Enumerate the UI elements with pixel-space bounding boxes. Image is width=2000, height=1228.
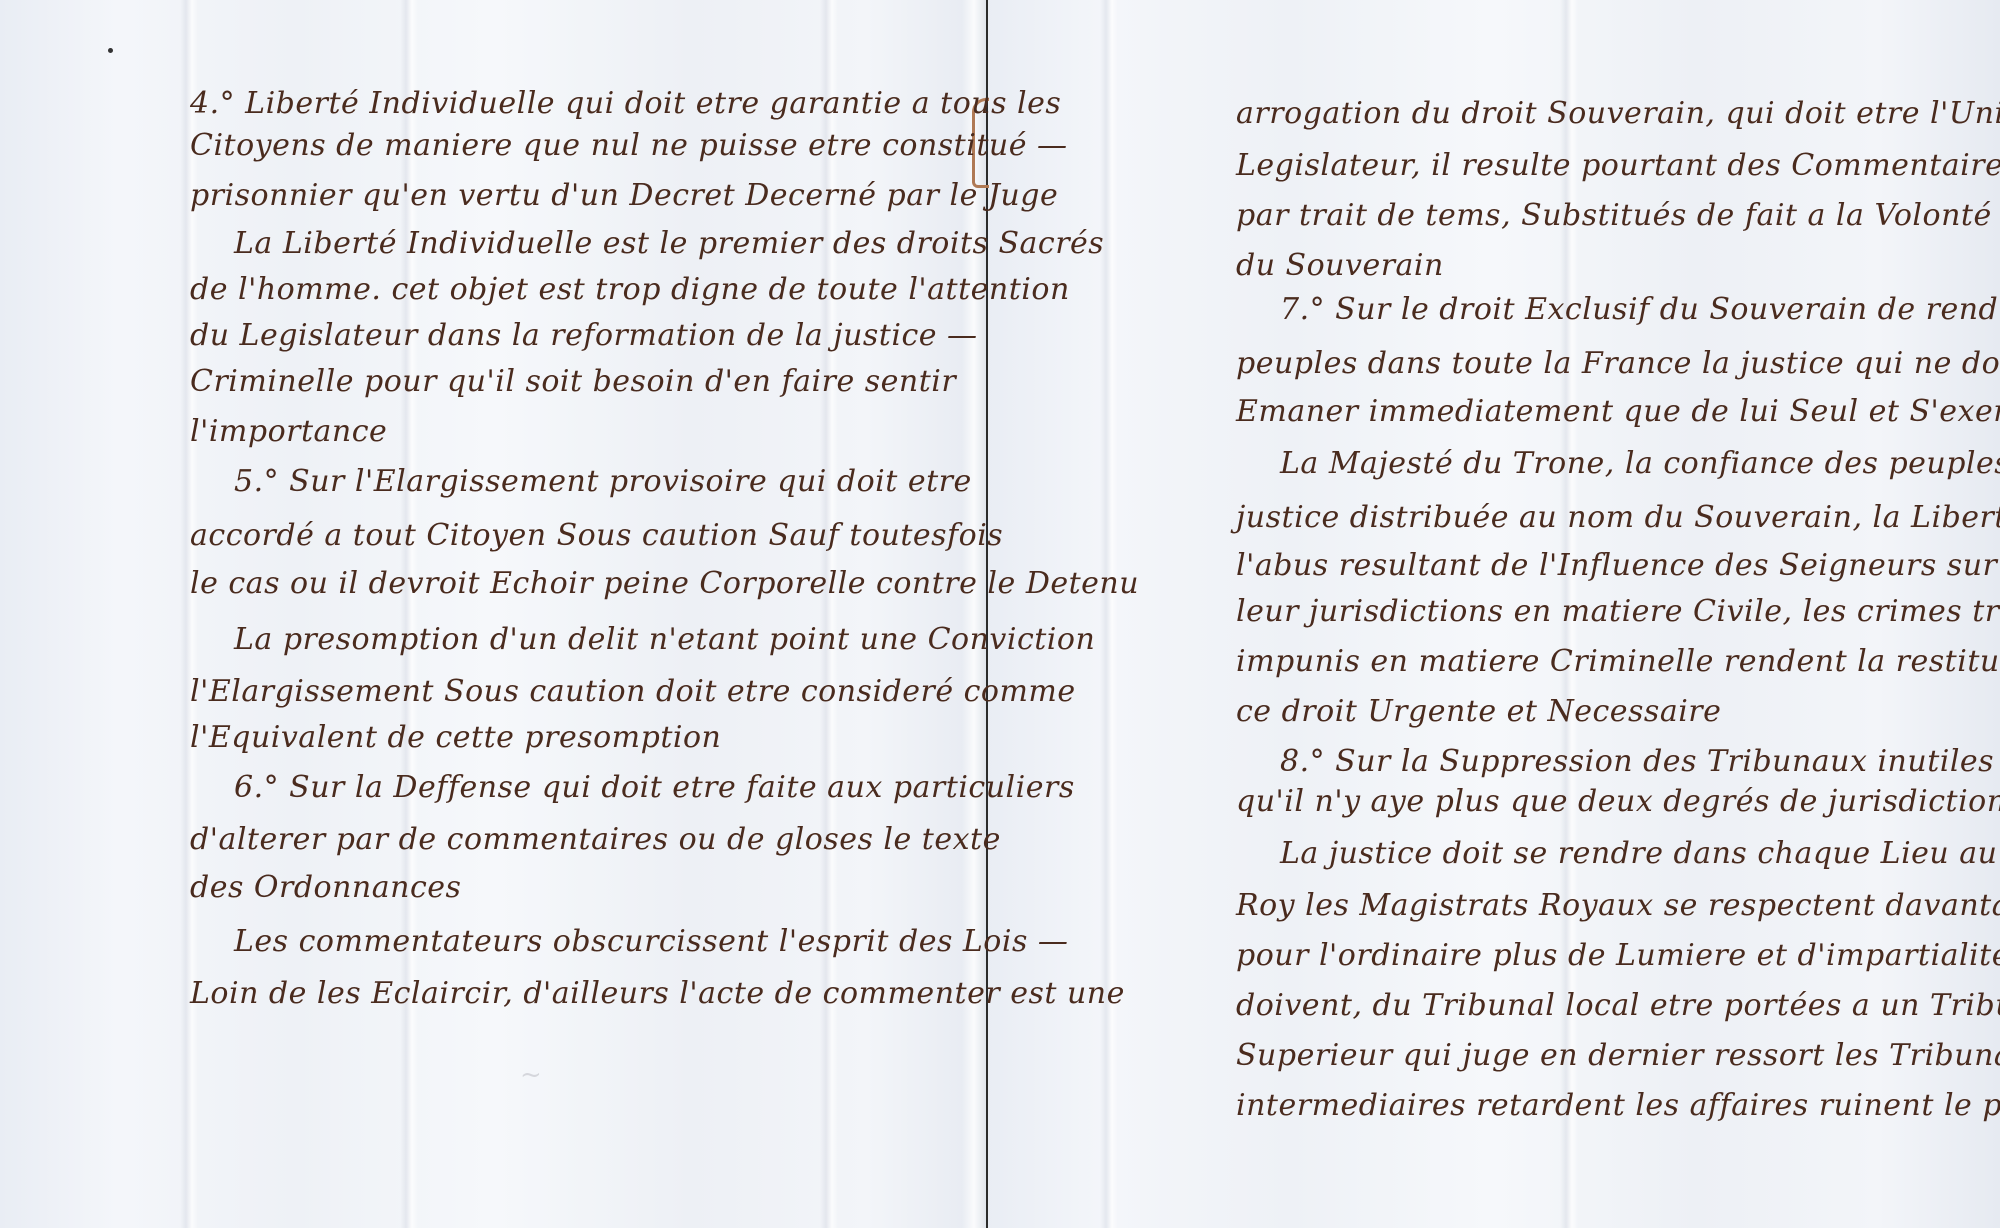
text-line: Legislateur, il resulte pourtant des Com… (1236, 148, 2000, 183)
text-line: 4.° Liberté Individuelle qui doit etre g… (190, 86, 1061, 121)
text-line: l'Elargissement Sous caution doit etre c… (190, 674, 1076, 709)
section-heading: 5.° Sur l'Elargissement provisoire qui d… (190, 464, 972, 499)
text-line: leur jurisdictions en matiere Civile, le… (1236, 594, 2000, 629)
faint-pencil-mark: ~ (520, 1060, 542, 1090)
text-line: par trait de tems, Substitués de fait a … (1236, 198, 2000, 233)
text-line: d'alterer par de commentaires ou de glos… (190, 822, 1001, 857)
text-line: intermediaires retardent les affaires ru… (1236, 1088, 2000, 1123)
section-heading: 8.° Sur la Suppression des Tribunaux inu… (1236, 744, 2000, 779)
text-line: qu'il n'y aye plus que deux degrés de ju… (1236, 784, 2000, 819)
text-line: prisonnier qu'en vertu d'un Decret Decer… (190, 178, 1058, 213)
text-line: du Legislateur dans la reformation de la… (190, 318, 978, 353)
text-line: La justice doit se rendre dans chaque Li… (1236, 836, 2000, 871)
section-heading: 6.° Sur la Deffense qui doit etre faite … (190, 770, 1075, 805)
text-line: l'abus resultant de l'Influence des Seig… (1236, 548, 2000, 583)
section-heading: 7.° Sur le droit Exclusif du Souverain d… (1236, 292, 2000, 327)
text-line: peuples dans toute la France la justice … (1236, 346, 2000, 381)
text-line: Emaner immediatement que de lui Seul et … (1236, 394, 2000, 429)
text-line: arrogation du droit Souverain, qui doit … (1236, 96, 2000, 131)
text-line: l'Equivalent de cette presomption (190, 720, 721, 755)
text-line: La Majesté du Trone, la confiance des pe… (1236, 446, 2000, 481)
text-line: Criminelle pour qu'il soit besoin d'en f… (190, 364, 956, 399)
text-line: La presomption d'un delit n'etant point … (190, 622, 1095, 657)
text-line: Les commentateurs obscurcissent l'esprit… (190, 924, 1068, 959)
text-line: Superieur qui juge en dernier ressort le… (1236, 1038, 2000, 1073)
text-line: ce droit Urgente et Necessaire (1236, 694, 1721, 729)
text-line: justice distribuée au nom du Souverain, … (1236, 500, 2000, 535)
ink-spot (108, 48, 113, 53)
text-line: La Liberté Individuelle est le premier d… (190, 226, 1104, 261)
text-line: Loin de les Eclaircir, d'ailleurs l'acte… (190, 976, 1125, 1011)
text-line: pour l'ordinaire plus de Lumiere et d'im… (1236, 938, 2000, 973)
text-line: le cas ou il devroit Echoir peine Corpor… (190, 566, 1139, 601)
text-line: Roy les Magistrats Royaux se respectent … (1236, 888, 2000, 923)
text-line: impunis en matiere Criminelle rendent la… (1236, 644, 2000, 679)
text-line: l'importance (190, 414, 387, 449)
text-line: accordé a tout Citoyen Sous caution Sauf… (190, 518, 1003, 553)
paper-crease (1100, 0, 1118, 1228)
text-line: des Ordonnances (190, 870, 461, 905)
text-line: Citoyens de maniere que nul ne puisse et… (190, 128, 1068, 163)
text-line: doivent, du Tribunal local etre portées … (1236, 988, 2000, 1023)
text-line: du Souverain (1236, 248, 1444, 283)
text-line: de l'homme. cet objet est trop digne de … (190, 272, 1070, 307)
